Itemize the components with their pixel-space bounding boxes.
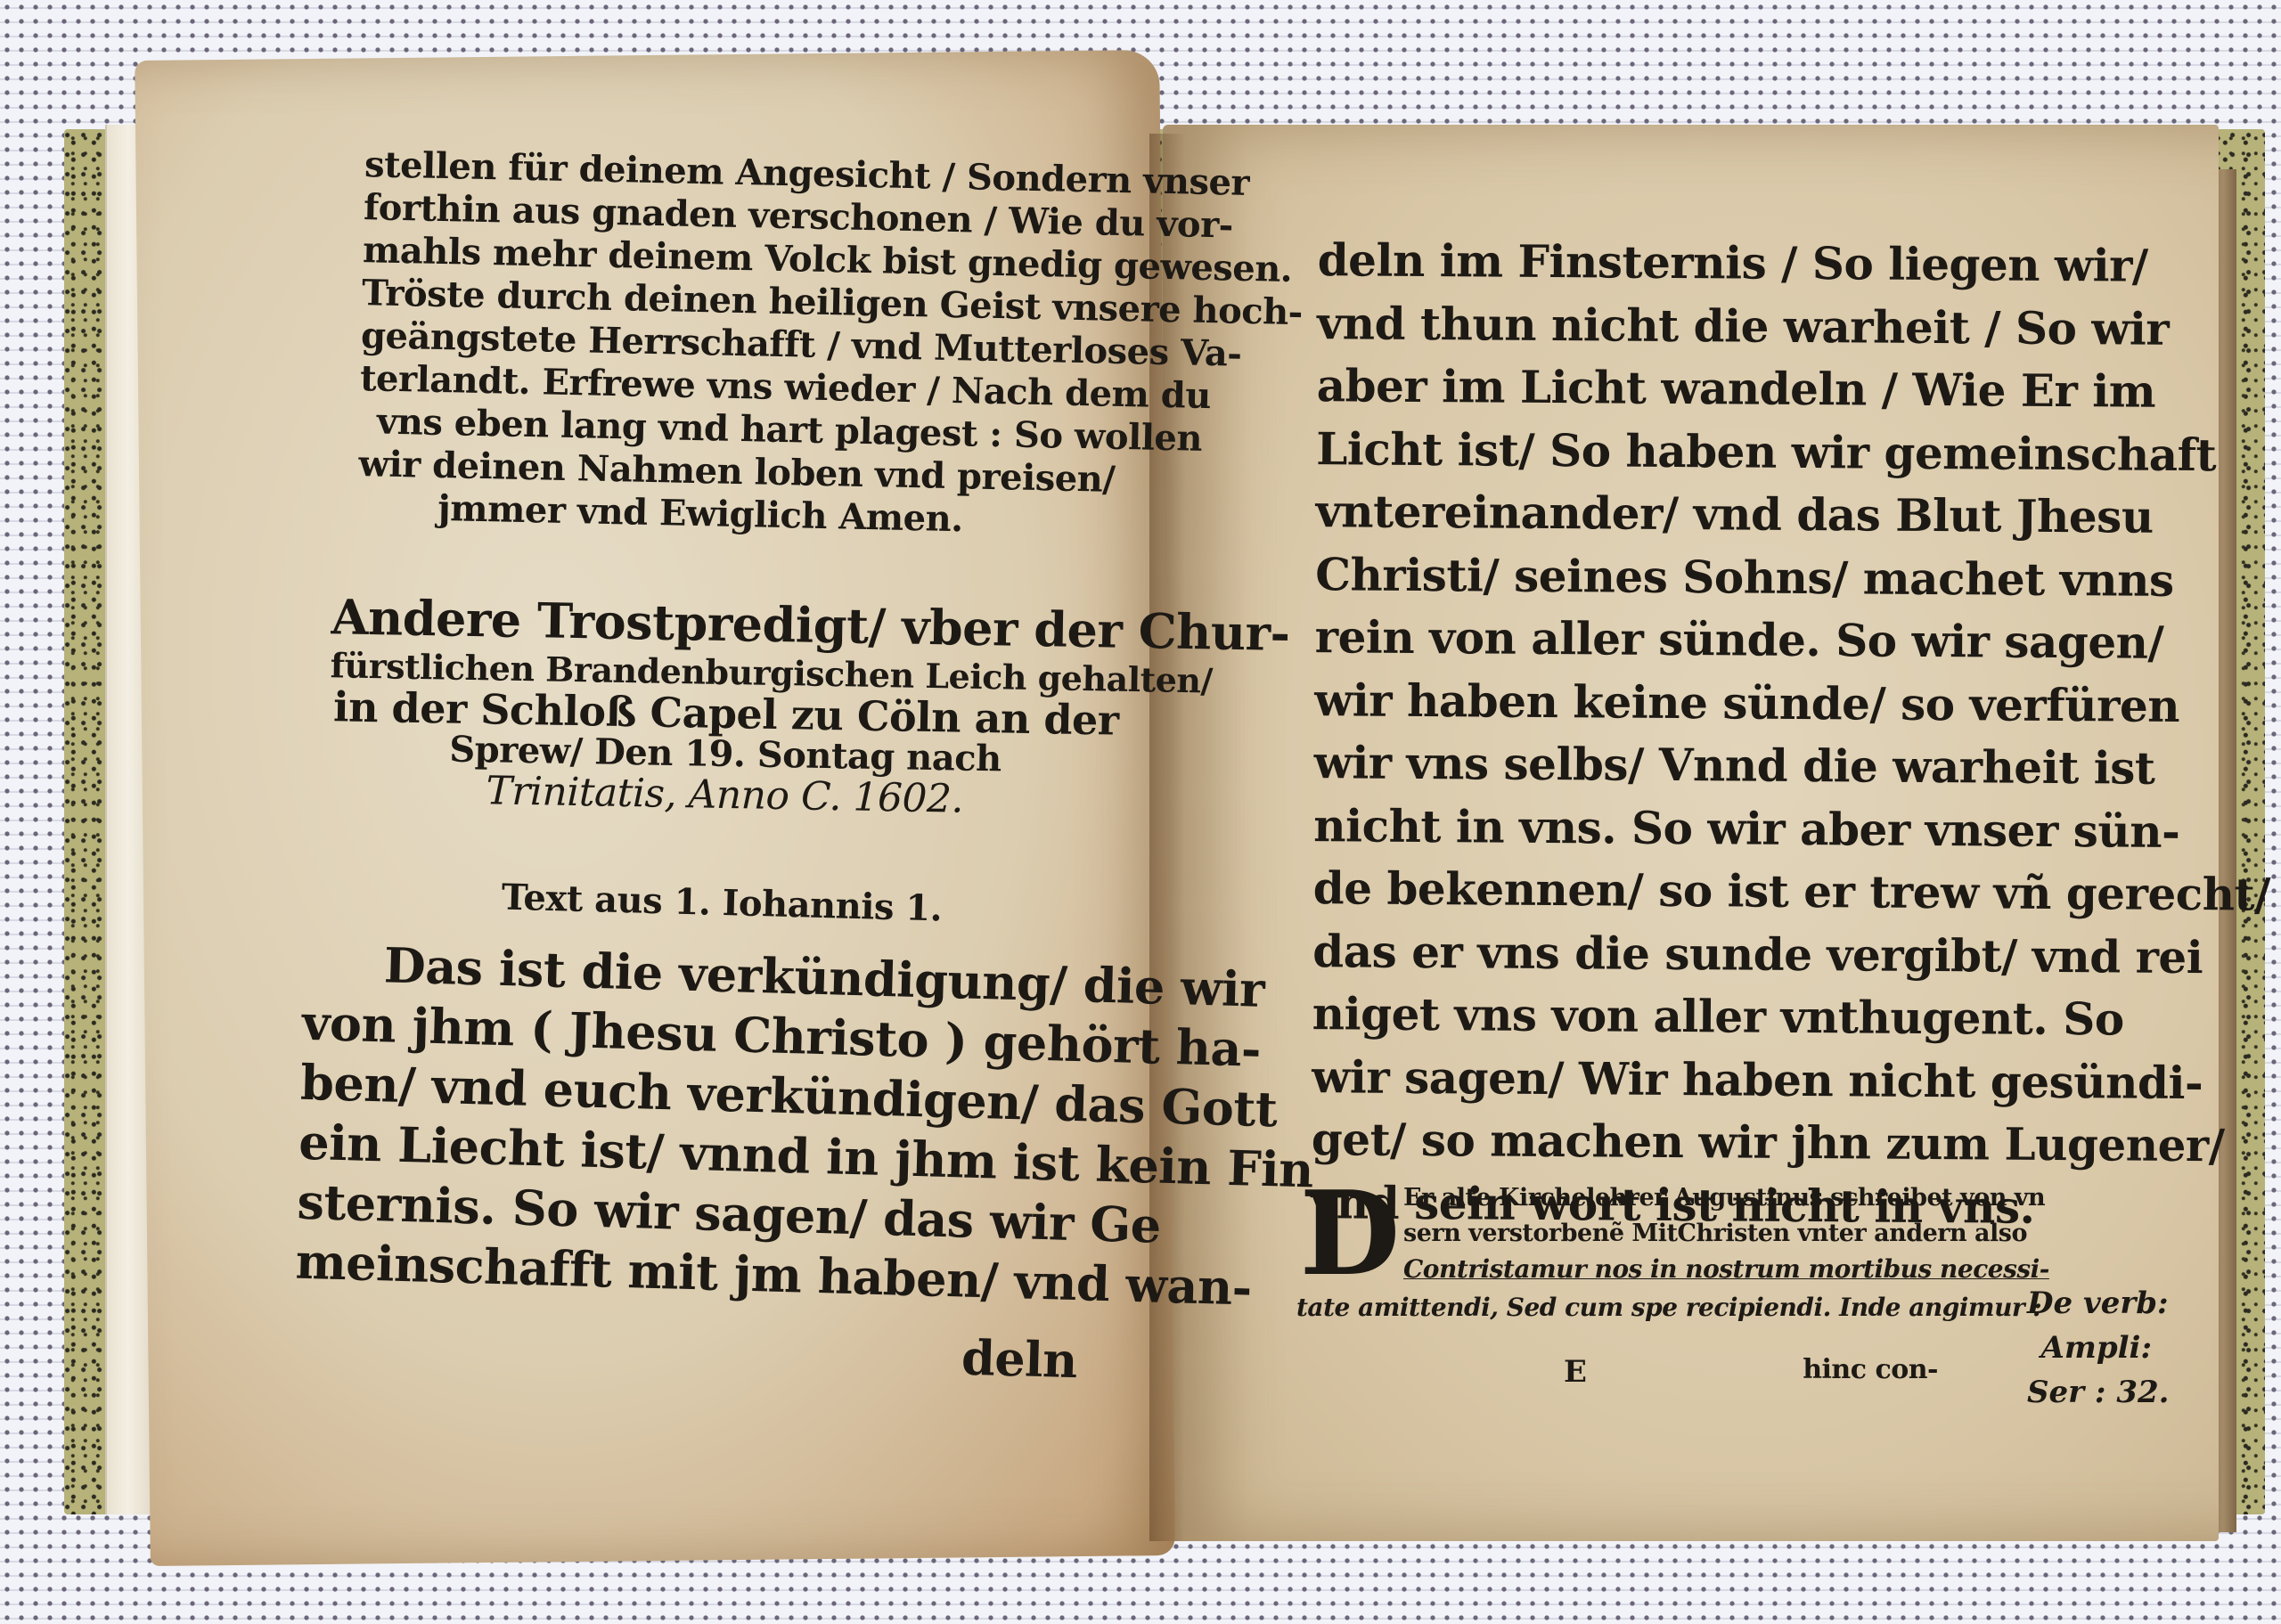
- marginal-line: Ser : 32.: [2027, 1370, 2152, 1415]
- marginal-line: Ampli:: [2027, 1326, 2152, 1370]
- scripture-line: Licht ist/ So haben wir gemeinschaft: [1316, 418, 2038, 486]
- commentary-line: tate amittendi, Sed cum spe recipiendi. …: [1296, 1290, 2063, 1326]
- scripture-line: niget vns von aller vnthugent. So: [1312, 983, 2034, 1050]
- scripture-line: nicht in vns. So wir aber vnser sün-: [1313, 795, 2035, 862]
- scripture-line: wir vns selbs/ Vnnd die warheit ist: [1314, 731, 2036, 799]
- catchword: hinc con-: [1803, 1354, 1938, 1385]
- signature-mark-letter: E: [1564, 1354, 1586, 1390]
- marginal-line: De verb:: [2027, 1281, 2152, 1326]
- scripture-line: wir haben keine sünde/ so verfüren: [1314, 669, 2036, 737]
- scripture-text: Das ist die verkündigung/ die wir von jh…: [292, 934, 1088, 1391]
- scripture-line: das er vns die sunde vergibt/ vnd rei: [1312, 920, 2034, 988]
- left-continuation-text: stellen für deinem Angesicht / Sondern v…: [357, 143, 1123, 544]
- scripture-line: get/ so machen wir jhn zum Lugener/: [1312, 1108, 2033, 1176]
- marginal-note: De verb: Ampli: Ser : 32.: [2027, 1281, 2152, 1415]
- commentary-line: Contristamur nos in nostrum mortibus nec…: [1403, 1252, 2027, 1287]
- ornamental-drop-cap: D: [1296, 1176, 1403, 1292]
- scripture-line: vnd thun nicht die warheit / So wir: [1317, 292, 2039, 360]
- commentary-text: Er alte Kirchelehrer Augustinus schreibe…: [1403, 1180, 2027, 1287]
- scripture-line: de bekennen/ so ist er trew vñ gerecht/: [1313, 857, 2035, 925]
- scripture-line: deln im Finsternis / So liegen wir/: [1317, 229, 2039, 297]
- commentary-latin-line: tate amittendi, Sed cum spe recipiendi. …: [1296, 1290, 2063, 1326]
- commentary-catchword: hinc con-: [1644, 1354, 1938, 1385]
- scripture-line: vntereinander/ vnd das Blut Jhesu: [1315, 480, 2037, 548]
- drop-cap-letter: D: [1300, 1165, 1401, 1302]
- commentary-line: sern verstorbenẽ MitChristen vnter ander…: [1403, 1216, 2027, 1252]
- right-scripture-text: deln im Finsternis / So liegen wir/ vnd …: [1311, 229, 2040, 1239]
- scripture-line: Christi/ seines Sohns/ machet vnns: [1315, 543, 2037, 611]
- scripture-line: rein von aller sünde. So wir sagen/: [1315, 606, 2037, 673]
- signature-mark: E: [1564, 1354, 1586, 1390]
- scripture-line: wir sagen/ Wir haben nicht gesündi-: [1312, 1046, 2033, 1114]
- scripture-line: aber im Licht wandeln / Wie Er im: [1316, 355, 2038, 422]
- commentary-line: Er alte Kirchelehrer Augustinus schreibe…: [1403, 1180, 2027, 1216]
- sermon-heading: Andere Trostpredigt/ vber der Chur- fürs…: [328, 588, 1124, 822]
